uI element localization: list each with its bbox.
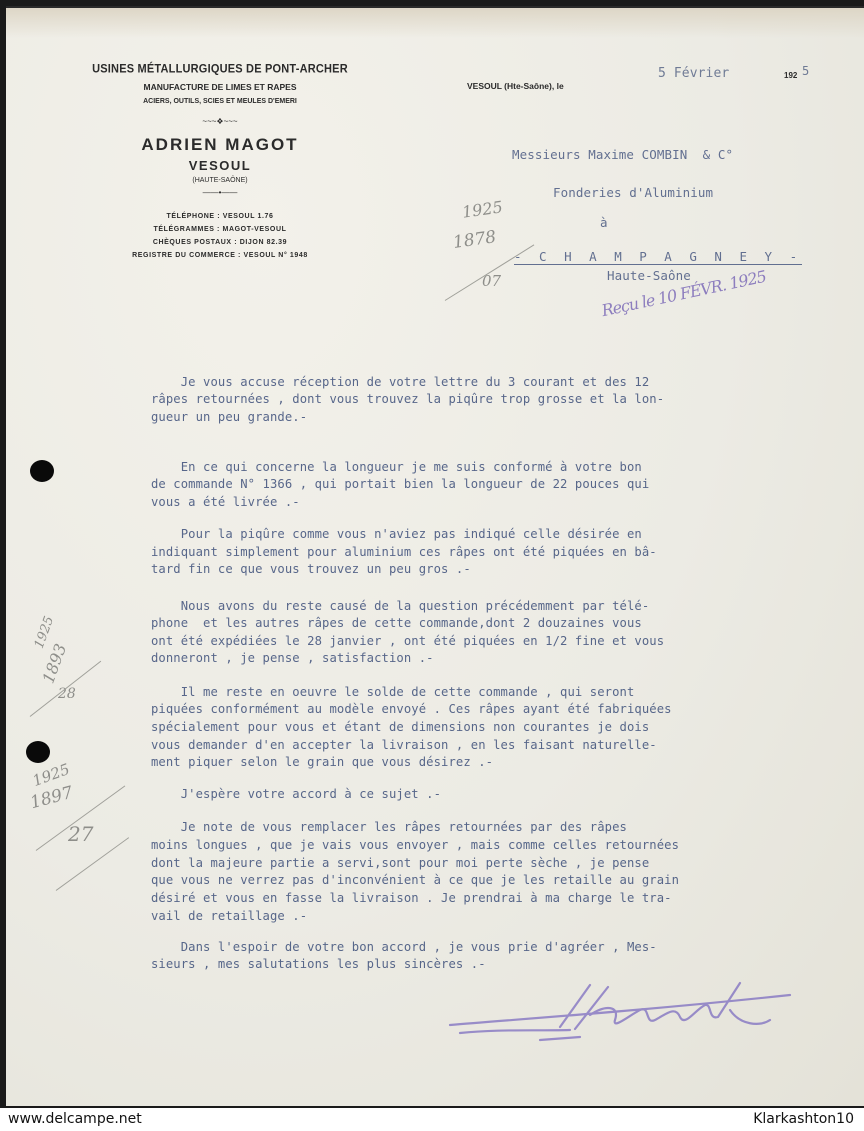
signature-scribble-icon: [440, 975, 800, 1055]
recipient-company: Fonderies d'Aluminium: [553, 185, 713, 200]
letter-line: phone et les autres râpes de cette comma…: [151, 616, 642, 630]
letter-line: indiquant simplement pour aluminium ces …: [151, 545, 657, 559]
letter-line: vous a été livrée .-: [151, 495, 300, 509]
letterhead-products: ACIERS, OUTILS, SCIES ET MEULES D'EMERI: [60, 98, 380, 105]
dateline-year-prefix: 192: [784, 71, 797, 80]
recipient-department: Haute-Saône: [607, 268, 691, 283]
recipient-a: à: [600, 215, 608, 230]
letter-line: Pour la piqûre comme vous n'aviez pas in…: [151, 527, 642, 541]
letter-line: Dans l'espoir de votre bon accord , je v…: [151, 940, 657, 954]
dateline-year-suffix: 5: [802, 64, 809, 78]
letterhead-activity: MANUFACTURE DE LIMES ET RAPES: [60, 82, 380, 92]
letter-line: tard fin ce que vous trouvez un peu gros…: [151, 562, 471, 576]
letterhead-postal-cheques: CHÈQUES POSTAUX : DIJON 82.39: [60, 239, 380, 246]
letterhead-company: USINES MÉTALLURGIQUES DE PONT-ARCHER: [60, 62, 380, 75]
letterhead-telegram: TÉLÉGRAMMES : MAGOT-VESOUL: [60, 226, 380, 233]
letter-line: moins longues , que je vais vous envoyer…: [151, 838, 679, 852]
recipient-name: Messieurs Maxime COMBIN & C°: [512, 147, 733, 162]
letter-line: spécialement pour vous et étant de dimen…: [151, 720, 649, 734]
letterhead-region: (HAUTE-SAÔNE): [60, 177, 380, 184]
letter-line: donneront , je pense , satisfaction .-: [151, 651, 434, 665]
letter-line: J'espère votre accord à ce sujet .-: [151, 787, 441, 801]
letter-line: râpes retournées , dont vous trouvez la …: [151, 392, 664, 406]
seller-watermark: Klarkashton10: [753, 1111, 854, 1127]
letterhead-phone: TÉLÉPHONE : VESOUL 1.76: [60, 213, 380, 220]
letter-line: Il me reste en oeuvre le solde de cette …: [151, 685, 634, 699]
letter-line: vous demander d'en accepter la livraison…: [151, 738, 657, 752]
letter-line: ment piquer selon le grain que vous dési…: [151, 755, 493, 769]
letter-line: Je note de vous remplacer les râpes reto…: [151, 820, 627, 834]
letterhead-ornament: ——•——: [60, 188, 380, 197]
letter-line: vail de retaillage .-: [151, 909, 307, 923]
dateline-date: 5 Février: [658, 66, 729, 81]
recipient-city: - C H A M P A G N E Y -: [514, 249, 802, 265]
letter-line: sieurs , mes salutations les plus sincèr…: [151, 957, 486, 971]
letter-line: Je vous accuse réception de votre lettre…: [151, 375, 649, 389]
paper-stain: [6, 8, 864, 38]
letter-line: que vous ne verrez pas d'inconvénient à …: [151, 873, 679, 887]
letter-line: ont été expédiées le 28 janvier , ont ét…: [151, 634, 664, 648]
signature: A. Magot: [440, 975, 800, 1059]
dateline-place: VESOUL (Hte-Saône), le: [467, 81, 564, 91]
watermark-bar: www.delcampe.net Klarkashton10: [0, 1108, 864, 1131]
letterhead-name: ADRIEN MAGOT: [60, 135, 380, 155]
letterhead-city: VESOUL: [60, 158, 380, 173]
letterhead-ornament: ~~~❖~~~: [60, 117, 380, 126]
letter-line: désiré et vous en fasse la livraison . J…: [151, 891, 672, 905]
letter-line: dont la majeure partie a servi,sont pour…: [151, 856, 649, 870]
letter-line: En ce qui concerne la longueur je me sui…: [151, 460, 642, 474]
letter-line: gueur un peu grande.-: [151, 410, 307, 424]
letter-line: de commande N° 1366 , qui portait bien l…: [151, 477, 649, 491]
letterhead-trade-register: REGISTRE DU COMMERCE : VESOUL N° 1948: [60, 252, 380, 259]
letter-line: Nous avons du reste causé de la question…: [151, 599, 649, 613]
site-watermark: www.delcampe.net: [8, 1111, 142, 1127]
punch-hole: [30, 460, 54, 482]
letter-line: piquées conformément au modèle envoyé . …: [151, 702, 672, 716]
punch-hole: [26, 741, 50, 763]
